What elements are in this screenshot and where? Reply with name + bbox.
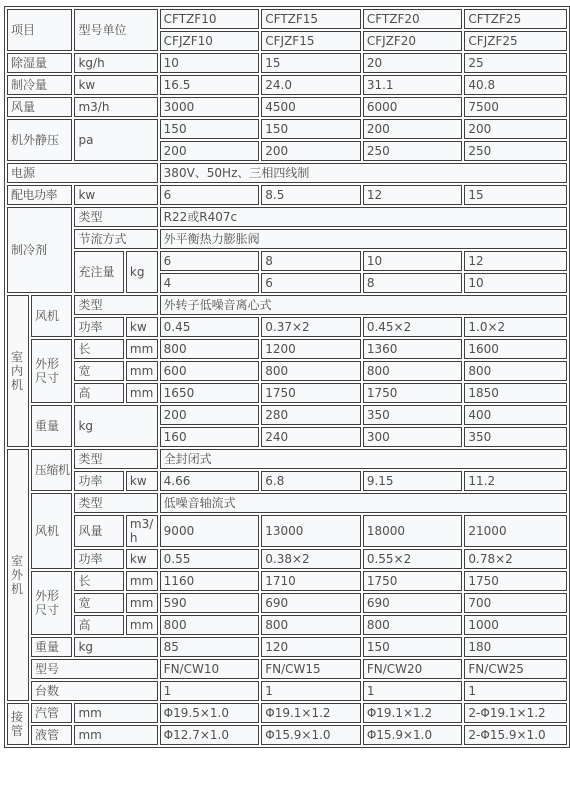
static-pressure-value: 200	[464, 119, 567, 139]
outdoor-model-value: FN/CW15	[261, 659, 361, 679]
unit-count-value: 1	[160, 681, 260, 701]
model-name-cell: CFTZF15	[261, 9, 361, 29]
outdoor-fan-type-label: 类型	[74, 493, 157, 513]
outdoor-fan-power-value: 0.78×2	[464, 549, 567, 569]
row-refrigerant-throttle: 节流方式 外平衡热力膨胀阀	[7, 229, 567, 249]
row-piping-liquid: 液管 mm Φ12.7×1.0 Φ15.9×1.0 Φ15.9×1.0 2-Φ1…	[7, 725, 567, 745]
indoor-weight-value: 280	[261, 405, 361, 425]
model-name-cell: CFJZF15	[261, 31, 361, 51]
unit-count-label: 台数	[31, 681, 158, 701]
gas-pipe-value: Φ19.1×1.2	[261, 703, 361, 723]
power-supply-value: 380V、50Hz、三相四线制	[160, 163, 567, 183]
row-indoor-height: 高 mm 1650 1750 1750 1850	[7, 383, 567, 403]
outdoor-width-value: 690	[261, 593, 361, 613]
indoor-height-value: 1850	[464, 383, 567, 403]
compressor-power-value: 4.66	[160, 471, 260, 491]
row-indoor-width: 宽 mm 600 800 800 800	[7, 361, 567, 381]
outdoor-fan-power-label: 功率	[74, 549, 123, 569]
outdoor-weight-label: 重量	[31, 637, 73, 657]
row-outdoor-unit-count: 台数 1 1 1 1	[7, 681, 567, 701]
outdoor-width-label: 宽	[74, 593, 123, 613]
dehumidification-unit: kg/h	[74, 53, 157, 73]
cooling-capacity-label: 制冷量	[7, 75, 72, 95]
static-pressure-value: 250	[363, 141, 463, 161]
outdoor-fan-air-volume-label: 风量	[74, 515, 123, 547]
distribution-power-unit: kw	[74, 185, 157, 205]
unit-count-value: 1	[363, 681, 463, 701]
static-pressure-value: 200	[160, 141, 260, 161]
gas-pipe-unit: mm	[74, 703, 157, 723]
cooling-capacity-value: 24.0	[261, 75, 361, 95]
header-row-top: 项目 型号单位 CFTZF10 CFTZF15 CFTZF20 CFTZF25	[7, 9, 567, 29]
distribution-power-label: 配电功率	[7, 185, 72, 205]
outdoor-weight-value: 180	[464, 637, 567, 657]
indoor-height-unit: mm	[126, 383, 158, 403]
outdoor-fan-air-volume-value: 9000	[160, 515, 260, 547]
outdoor-width-value: 690	[363, 593, 463, 613]
outdoor-model-value: FN/CW25	[464, 659, 567, 679]
outdoor-length-value: 1710	[261, 571, 361, 591]
outdoor-fan-air-volume-unit: m3/h	[126, 515, 158, 547]
indoor-fan-label: 风机	[31, 295, 73, 337]
cooling-capacity-value: 16.5	[160, 75, 260, 95]
outdoor-weight-unit: kg	[74, 637, 157, 657]
indoor-width-value: 800	[464, 361, 567, 381]
row-piping-gas: 接管 汽管 mm Φ19.5×1.0 Φ19.1×1.2 Φ19.1×1.2 2…	[7, 703, 567, 723]
refrigerant-section-label: 制冷剂	[7, 207, 72, 293]
compressor-type-label: 类型	[74, 449, 157, 469]
distribution-power-value: 12	[363, 185, 463, 205]
dehumidification-value: 15	[261, 53, 361, 73]
compressor-power-label: 功率	[74, 471, 123, 491]
charge-value: 8	[363, 273, 463, 293]
static-pressure-value: 250	[464, 141, 567, 161]
outdoor-model-value: FN/CW10	[160, 659, 260, 679]
cooling-capacity-value: 40.8	[464, 75, 567, 95]
outdoor-width-value: 700	[464, 593, 567, 613]
indoor-fan-power-value: 1.0×2	[464, 317, 567, 337]
static-pressure-label: 机外静压	[7, 119, 72, 161]
row-cooling-capacity: 制冷量 kw 16.5 24.0 31.1 40.8	[7, 75, 567, 95]
outdoor-unit-section-label: 室外机	[7, 449, 29, 701]
model-name-cell: CFTZF25	[464, 9, 567, 29]
model-name-cell: CFJZF25	[464, 31, 567, 51]
indoor-height-value: 1750	[261, 383, 361, 403]
row-outdoor-compressor-power: 功率 kw 4.66 6.8 9.15 11.2	[7, 471, 567, 491]
air-volume-value: 3000	[160, 97, 260, 117]
model-name-cell: CFJZF20	[363, 31, 463, 51]
indoor-weight-label: 重量	[31, 405, 73, 447]
model-name-cell: CFJZF10	[160, 31, 260, 51]
refrigerant-type-label: 类型	[74, 207, 157, 227]
charge-value: 10	[464, 273, 567, 293]
static-pressure-value: 200	[363, 119, 463, 139]
outdoor-weight-value: 85	[160, 637, 260, 657]
outdoor-dimensions-label: 外形尺寸	[31, 571, 73, 635]
outdoor-height-unit: mm	[126, 615, 158, 635]
liquid-pipe-value: Φ15.9×1.0	[261, 725, 361, 745]
outdoor-height-value: 800	[363, 615, 463, 635]
outdoor-model-label: 型号	[31, 659, 158, 679]
indoor-height-label: 高	[74, 383, 123, 403]
indoor-weight-unit: kg	[74, 405, 157, 447]
air-volume-value: 6000	[363, 97, 463, 117]
compressor-power-unit: kw	[126, 471, 158, 491]
item-header-cell: 项目	[7, 9, 72, 51]
compressor-label: 压缩机	[31, 449, 73, 491]
row-outdoor-fan-power: 功率 kw 0.55 0.38×2 0.55×2 0.78×2	[7, 549, 567, 569]
model-name-cell: CFTZF10	[160, 9, 260, 29]
charge-label: 充注量	[74, 251, 123, 293]
indoor-width-value: 600	[160, 361, 260, 381]
compressor-power-value: 9.15	[363, 471, 463, 491]
model-name-cell: CFTZF20	[363, 9, 463, 29]
row-indoor-fan-power: 功率 kw 0.45 0.37×2 0.45×2 1.0×2	[7, 317, 567, 337]
indoor-weight-value: 350	[363, 405, 463, 425]
power-supply-label: 电源	[7, 163, 158, 183]
indoor-width-value: 800	[261, 361, 361, 381]
row-outdoor-height: 高 mm 800 800 800 1000	[7, 615, 567, 635]
gas-pipe-value: 2-Φ19.1×1.2	[464, 703, 567, 723]
indoor-weight-value: 400	[464, 405, 567, 425]
gas-pipe-label: 汽管	[31, 703, 73, 723]
cooling-capacity-value: 31.1	[363, 75, 463, 95]
row-outdoor-width: 宽 mm 590 690 690 700	[7, 593, 567, 613]
charge-value: 10	[363, 251, 463, 271]
outdoor-fan-power-value: 0.55×2	[363, 549, 463, 569]
compressor-type-value: 全封闭式	[160, 449, 567, 469]
row-refrigerant-charge-top: 充注量 kg 6 8 10 12	[7, 251, 567, 271]
charge-value: 12	[464, 251, 567, 271]
indoor-weight-value: 160	[160, 427, 260, 447]
indoor-width-unit: mm	[126, 361, 158, 381]
row-distribution-power: 配电功率 kw 6 8.5 12 15	[7, 185, 567, 205]
liquid-pipe-value: Φ15.9×1.0	[363, 725, 463, 745]
charge-value: 8	[261, 251, 361, 271]
outdoor-fan-power-value: 0.55	[160, 549, 260, 569]
indoor-length-value: 1360	[363, 339, 463, 359]
outdoor-fan-power-unit: kw	[126, 549, 158, 569]
liquid-pipe-value: Φ12.7×1.0	[160, 725, 260, 745]
indoor-length-value: 1600	[464, 339, 567, 359]
outdoor-length-value: 1750	[464, 571, 567, 591]
air-volume-value: 7500	[464, 97, 567, 117]
row-outdoor-fan-type: 风机 类型 低噪音轴流式	[7, 493, 567, 513]
compressor-power-value: 11.2	[464, 471, 567, 491]
outdoor-height-value: 800	[261, 615, 361, 635]
outdoor-height-label: 高	[74, 615, 123, 635]
row-air-volume: 风量 m3/h 3000 4500 6000 7500	[7, 97, 567, 117]
outdoor-fan-air-volume-value: 18000	[363, 515, 463, 547]
outdoor-width-unit: mm	[126, 593, 158, 613]
indoor-width-value: 800	[363, 361, 463, 381]
model-unit-header-cell: 型号单位	[74, 9, 157, 51]
row-outdoor-model: 型号 FN/CW10 FN/CW15 FN/CW20 FN/CW25	[7, 659, 567, 679]
spec-table: 项目 型号单位 CFTZF10 CFTZF15 CFTZF20 CFTZF25 …	[4, 6, 570, 748]
charge-value: 6	[261, 273, 361, 293]
indoor-fan-type-label: 类型	[74, 295, 157, 315]
row-indoor-fan-type: 室内机 风机 类型 外转子低噪音离心式	[7, 295, 567, 315]
outdoor-width-value: 590	[160, 593, 260, 613]
outdoor-length-value: 1160	[160, 571, 260, 591]
distribution-power-value: 6	[160, 185, 260, 205]
dehumidification-value: 25	[464, 53, 567, 73]
outdoor-model-value: FN/CW20	[363, 659, 463, 679]
liquid-pipe-label: 液管	[31, 725, 73, 745]
outdoor-fan-type-value: 低噪音轴流式	[160, 493, 567, 513]
static-pressure-value: 200	[261, 141, 361, 161]
static-pressure-value: 150	[160, 119, 260, 139]
outdoor-weight-value: 120	[261, 637, 361, 657]
throttle-value: 外平衡热力膨胀阀	[160, 229, 567, 249]
outdoor-length-unit: mm	[126, 571, 158, 591]
air-volume-unit: m3/h	[74, 97, 157, 117]
outdoor-fan-air-volume-value: 21000	[464, 515, 567, 547]
compressor-power-value: 6.8	[261, 471, 361, 491]
row-power-supply: 电源 380V、50Hz、三相四线制	[7, 163, 567, 183]
cooling-capacity-unit: kw	[74, 75, 157, 95]
indoor-length-label: 长	[74, 339, 123, 359]
dehumidification-value: 20	[363, 53, 463, 73]
indoor-length-value: 800	[160, 339, 260, 359]
indoor-weight-value: 240	[261, 427, 361, 447]
static-pressure-unit: pa	[74, 119, 157, 161]
outdoor-fan-power-value: 0.38×2	[261, 549, 361, 569]
indoor-weight-value: 300	[363, 427, 463, 447]
gas-pipe-value: Φ19.5×1.0	[160, 703, 260, 723]
page: 项目 型号单位 CFTZF10 CFTZF15 CFTZF20 CFTZF25 …	[0, 0, 570, 801]
indoor-length-unit: mm	[126, 339, 158, 359]
charge-value: 4	[160, 273, 260, 293]
gas-pipe-value: Φ19.1×1.2	[363, 703, 463, 723]
air-volume-label: 风量	[7, 97, 72, 117]
distribution-power-value: 15	[464, 185, 567, 205]
indoor-fan-type-value: 外转子低噪音离心式	[160, 295, 567, 315]
indoor-fan-power-label: 功率	[74, 317, 123, 337]
indoor-dimensions-label: 外形尺寸	[31, 339, 73, 403]
indoor-fan-power-value: 0.37×2	[261, 317, 361, 337]
row-indoor-weight-top: 重量 kg 200 280 350 400	[7, 405, 567, 425]
row-static-pressure-top: 机外静压 pa 150 150 200 200	[7, 119, 567, 139]
charge-value: 6	[160, 251, 260, 271]
outdoor-weight-value: 150	[363, 637, 463, 657]
unit-count-value: 1	[261, 681, 361, 701]
indoor-length-value: 1200	[261, 339, 361, 359]
indoor-unit-section-label: 室内机	[7, 295, 29, 447]
indoor-weight-value: 350	[464, 427, 567, 447]
outdoor-fan-label: 风机	[31, 493, 73, 569]
outdoor-fan-air-volume-value: 13000	[261, 515, 361, 547]
outdoor-height-value: 1000	[464, 615, 567, 635]
unit-count-value: 1	[464, 681, 567, 701]
indoor-fan-power-value: 0.45	[160, 317, 260, 337]
indoor-height-value: 1750	[363, 383, 463, 403]
throttle-label: 节流方式	[74, 229, 157, 249]
liquid-pipe-value: 2-Φ15.9×1.0	[464, 725, 567, 745]
refrigerant-type-value: R22或R407c	[160, 207, 567, 227]
piping-section-label: 接管	[7, 703, 29, 745]
row-outdoor-compressor-type: 室外机 压缩机 类型 全封闭式	[7, 449, 567, 469]
row-outdoor-weight: 重量 kg 85 120 150 180	[7, 637, 567, 657]
outdoor-length-label: 长	[74, 571, 123, 591]
dehumidification-value: 10	[160, 53, 260, 73]
row-indoor-length: 外形尺寸 长 mm 800 1200 1360 1600	[7, 339, 567, 359]
distribution-power-value: 8.5	[261, 185, 361, 205]
indoor-height-value: 1650	[160, 383, 260, 403]
dehumidification-label: 除湿量	[7, 53, 72, 73]
air-volume-value: 4500	[261, 97, 361, 117]
row-dehumidification: 除湿量 kg/h 10 15 20 25	[7, 53, 567, 73]
row-outdoor-fan-air-volume: 风量 m3/h 9000 13000 18000 21000	[7, 515, 567, 547]
indoor-fan-power-value: 0.45×2	[363, 317, 463, 337]
charge-unit: kg	[126, 251, 158, 293]
indoor-fan-power-unit: kw	[126, 317, 158, 337]
row-refrigerant-type: 制冷剂 类型 R22或R407c	[7, 207, 567, 227]
static-pressure-value: 150	[261, 119, 361, 139]
outdoor-length-value: 1750	[363, 571, 463, 591]
row-outdoor-length: 外形尺寸 长 mm 1160 1710 1750 1750	[7, 571, 567, 591]
indoor-weight-value: 200	[160, 405, 260, 425]
indoor-width-label: 宽	[74, 361, 123, 381]
liquid-pipe-unit: mm	[74, 725, 157, 745]
outdoor-height-value: 800	[160, 615, 260, 635]
